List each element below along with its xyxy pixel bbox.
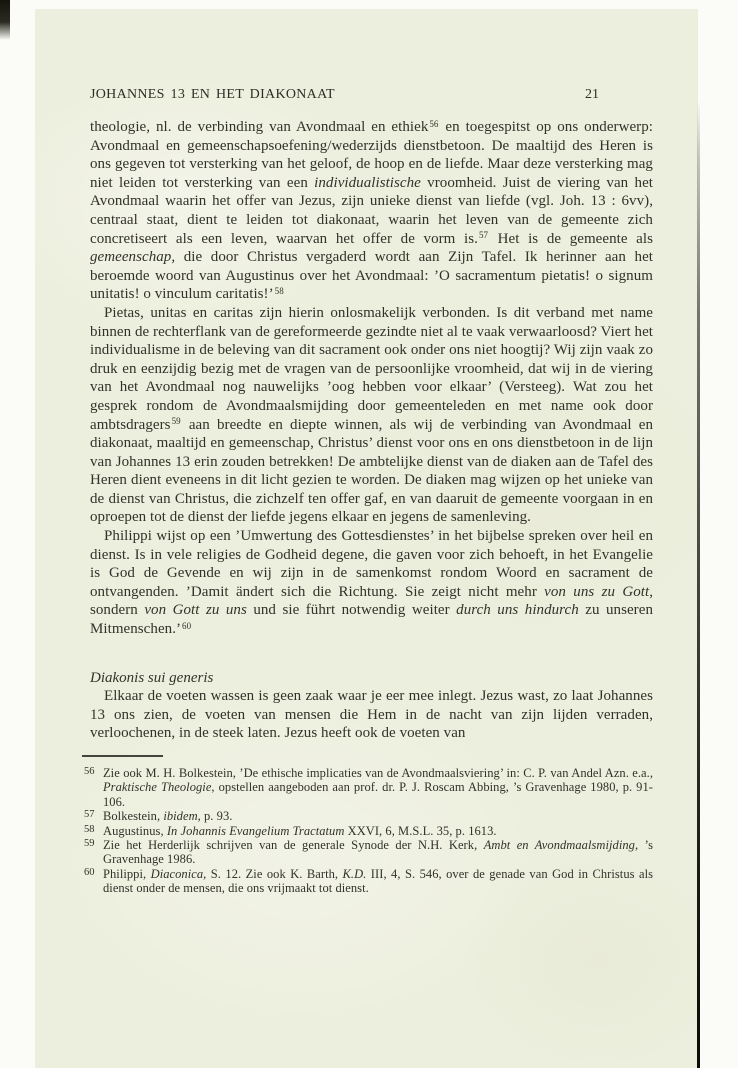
italic-text: ibidem bbox=[163, 809, 197, 823]
text-run: , S. 12. Zie ook K. Barth, bbox=[203, 867, 342, 881]
footnote-text: Bolkestein, ibidem, p. 93. bbox=[103, 809, 653, 823]
book-page: JOHANNES 13 EN HET DIAKONAAT 21 theologi… bbox=[35, 9, 698, 1068]
italic-text: Praktische Theologie bbox=[103, 780, 211, 794]
italic-text: K.D. bbox=[343, 867, 367, 881]
italic-text: Ambt en Avondmaalsmijding bbox=[484, 838, 635, 852]
footnote-text: Zie het Herderlijk schrijven van de gene… bbox=[103, 838, 653, 867]
text-run: XXVI, 6, M.S.L. 35, p. 1613. bbox=[344, 824, 496, 838]
italic-text: gemeenschap, bbox=[90, 249, 175, 265]
footnote-separator-rule bbox=[82, 755, 163, 757]
footnote: 57Bolkestein, ibidem, p. 93. bbox=[90, 809, 653, 823]
paragraph: theologie, nl. de verbinding van Avondma… bbox=[90, 118, 653, 304]
page-number: 21 bbox=[585, 88, 599, 102]
text-run: und sie führt notwendig weiter bbox=[247, 602, 456, 618]
section-heading: Diakonis sui generis bbox=[90, 669, 653, 688]
footnote: 59Zie het Herderlijk schrijven van de ge… bbox=[90, 838, 653, 867]
paragraph: Pietas, unitas en caritas zijn hierin on… bbox=[90, 304, 653, 527]
footnote-number: 58 bbox=[84, 823, 95, 837]
footnote-text: Augustinus, In Johannis Evangelium Tract… bbox=[103, 824, 653, 838]
italic-text: individualistische bbox=[314, 175, 421, 191]
italic-text: durch uns hindurch bbox=[456, 602, 579, 618]
footnote-number: 57 bbox=[84, 808, 95, 822]
footnote-text: Philippi, Diaconica, S. 12. Zie ook K. B… bbox=[103, 867, 653, 896]
text-run: die door Christus vergaderd wordt aan Zi… bbox=[90, 249, 653, 302]
footnote-number: 59 bbox=[84, 837, 95, 851]
footnote-marker: 58 bbox=[275, 286, 284, 296]
text-run: Zie ook M. H. Bolkestein, ’De ethische i… bbox=[103, 766, 653, 780]
footnote: 56Zie ook M. H. Bolkestein, ’De ethische… bbox=[90, 766, 653, 809]
text-run: theologie, nl. de verbinding van Avondma… bbox=[90, 119, 428, 135]
body-paragraphs-top: theologie, nl. de verbinding van Avondma… bbox=[90, 118, 653, 639]
italic-text: In Johannis Evangelium Tractatum bbox=[167, 824, 345, 838]
running-header-title: JOHANNES 13 EN HET DIAKONAAT bbox=[90, 87, 335, 102]
italic-text: von Gott zu uns bbox=[144, 602, 247, 618]
text-run: Zie het Herderlijk schrijven van de gene… bbox=[103, 838, 484, 852]
paragraph: Philippi wijst op een ’Umwertung des Got… bbox=[90, 527, 653, 639]
footnote-number: 56 bbox=[84, 765, 95, 779]
text-run: Het is de gemeente als bbox=[489, 231, 653, 247]
footnote-marker: 57 bbox=[479, 230, 488, 240]
paragraph: Elkaar de voeten wassen is geen zaak waa… bbox=[90, 687, 653, 743]
text-run: , p. 93. bbox=[198, 809, 233, 823]
scanned-page-canvas: JOHANNES 13 EN HET DIAKONAAT 21 theologi… bbox=[0, 0, 738, 1068]
footnote-marker: 60 bbox=[182, 621, 191, 631]
italic-text: Diaconica bbox=[151, 867, 204, 881]
text-run: aan breedte en diepte winnen, als wij de… bbox=[90, 417, 653, 526]
footnote-marker: 59 bbox=[172, 416, 181, 426]
text-run: Elkaar de voeten wassen is geen zaak waa… bbox=[90, 688, 653, 741]
text-run: Philippi, bbox=[103, 867, 151, 881]
text-run: Bolkestein, bbox=[103, 809, 163, 823]
page-edge-shadow bbox=[697, 100, 700, 1068]
body-paragraphs-bottom: Elkaar de voeten wassen is geen zaak waa… bbox=[90, 687, 653, 743]
text-run: Augustinus, bbox=[103, 824, 167, 838]
text-block: JOHANNES 13 EN HET DIAKONAAT 21 theologi… bbox=[90, 88, 653, 896]
footnote-number: 60 bbox=[84, 866, 95, 880]
footnote-marker: 56 bbox=[429, 119, 438, 129]
footnote: 60Philippi, Diaconica, S. 12. Zie ook K.… bbox=[90, 867, 653, 896]
text-run: Pietas, unitas en caritas zijn hierin on… bbox=[90, 305, 653, 433]
footnotes: 56Zie ook M. H. Bolkestein, ’De ethische… bbox=[90, 766, 653, 896]
scan-edge-artifact bbox=[0, 0, 10, 40]
italic-text: von uns zu Gott bbox=[544, 584, 649, 600]
footnote: 58Augustinus, In Johannis Evangelium Tra… bbox=[90, 824, 653, 838]
footnote-text: Zie ook M. H. Bolkestein, ’De ethische i… bbox=[103, 766, 653, 809]
running-header: JOHANNES 13 EN HET DIAKONAAT 21 bbox=[90, 88, 653, 102]
